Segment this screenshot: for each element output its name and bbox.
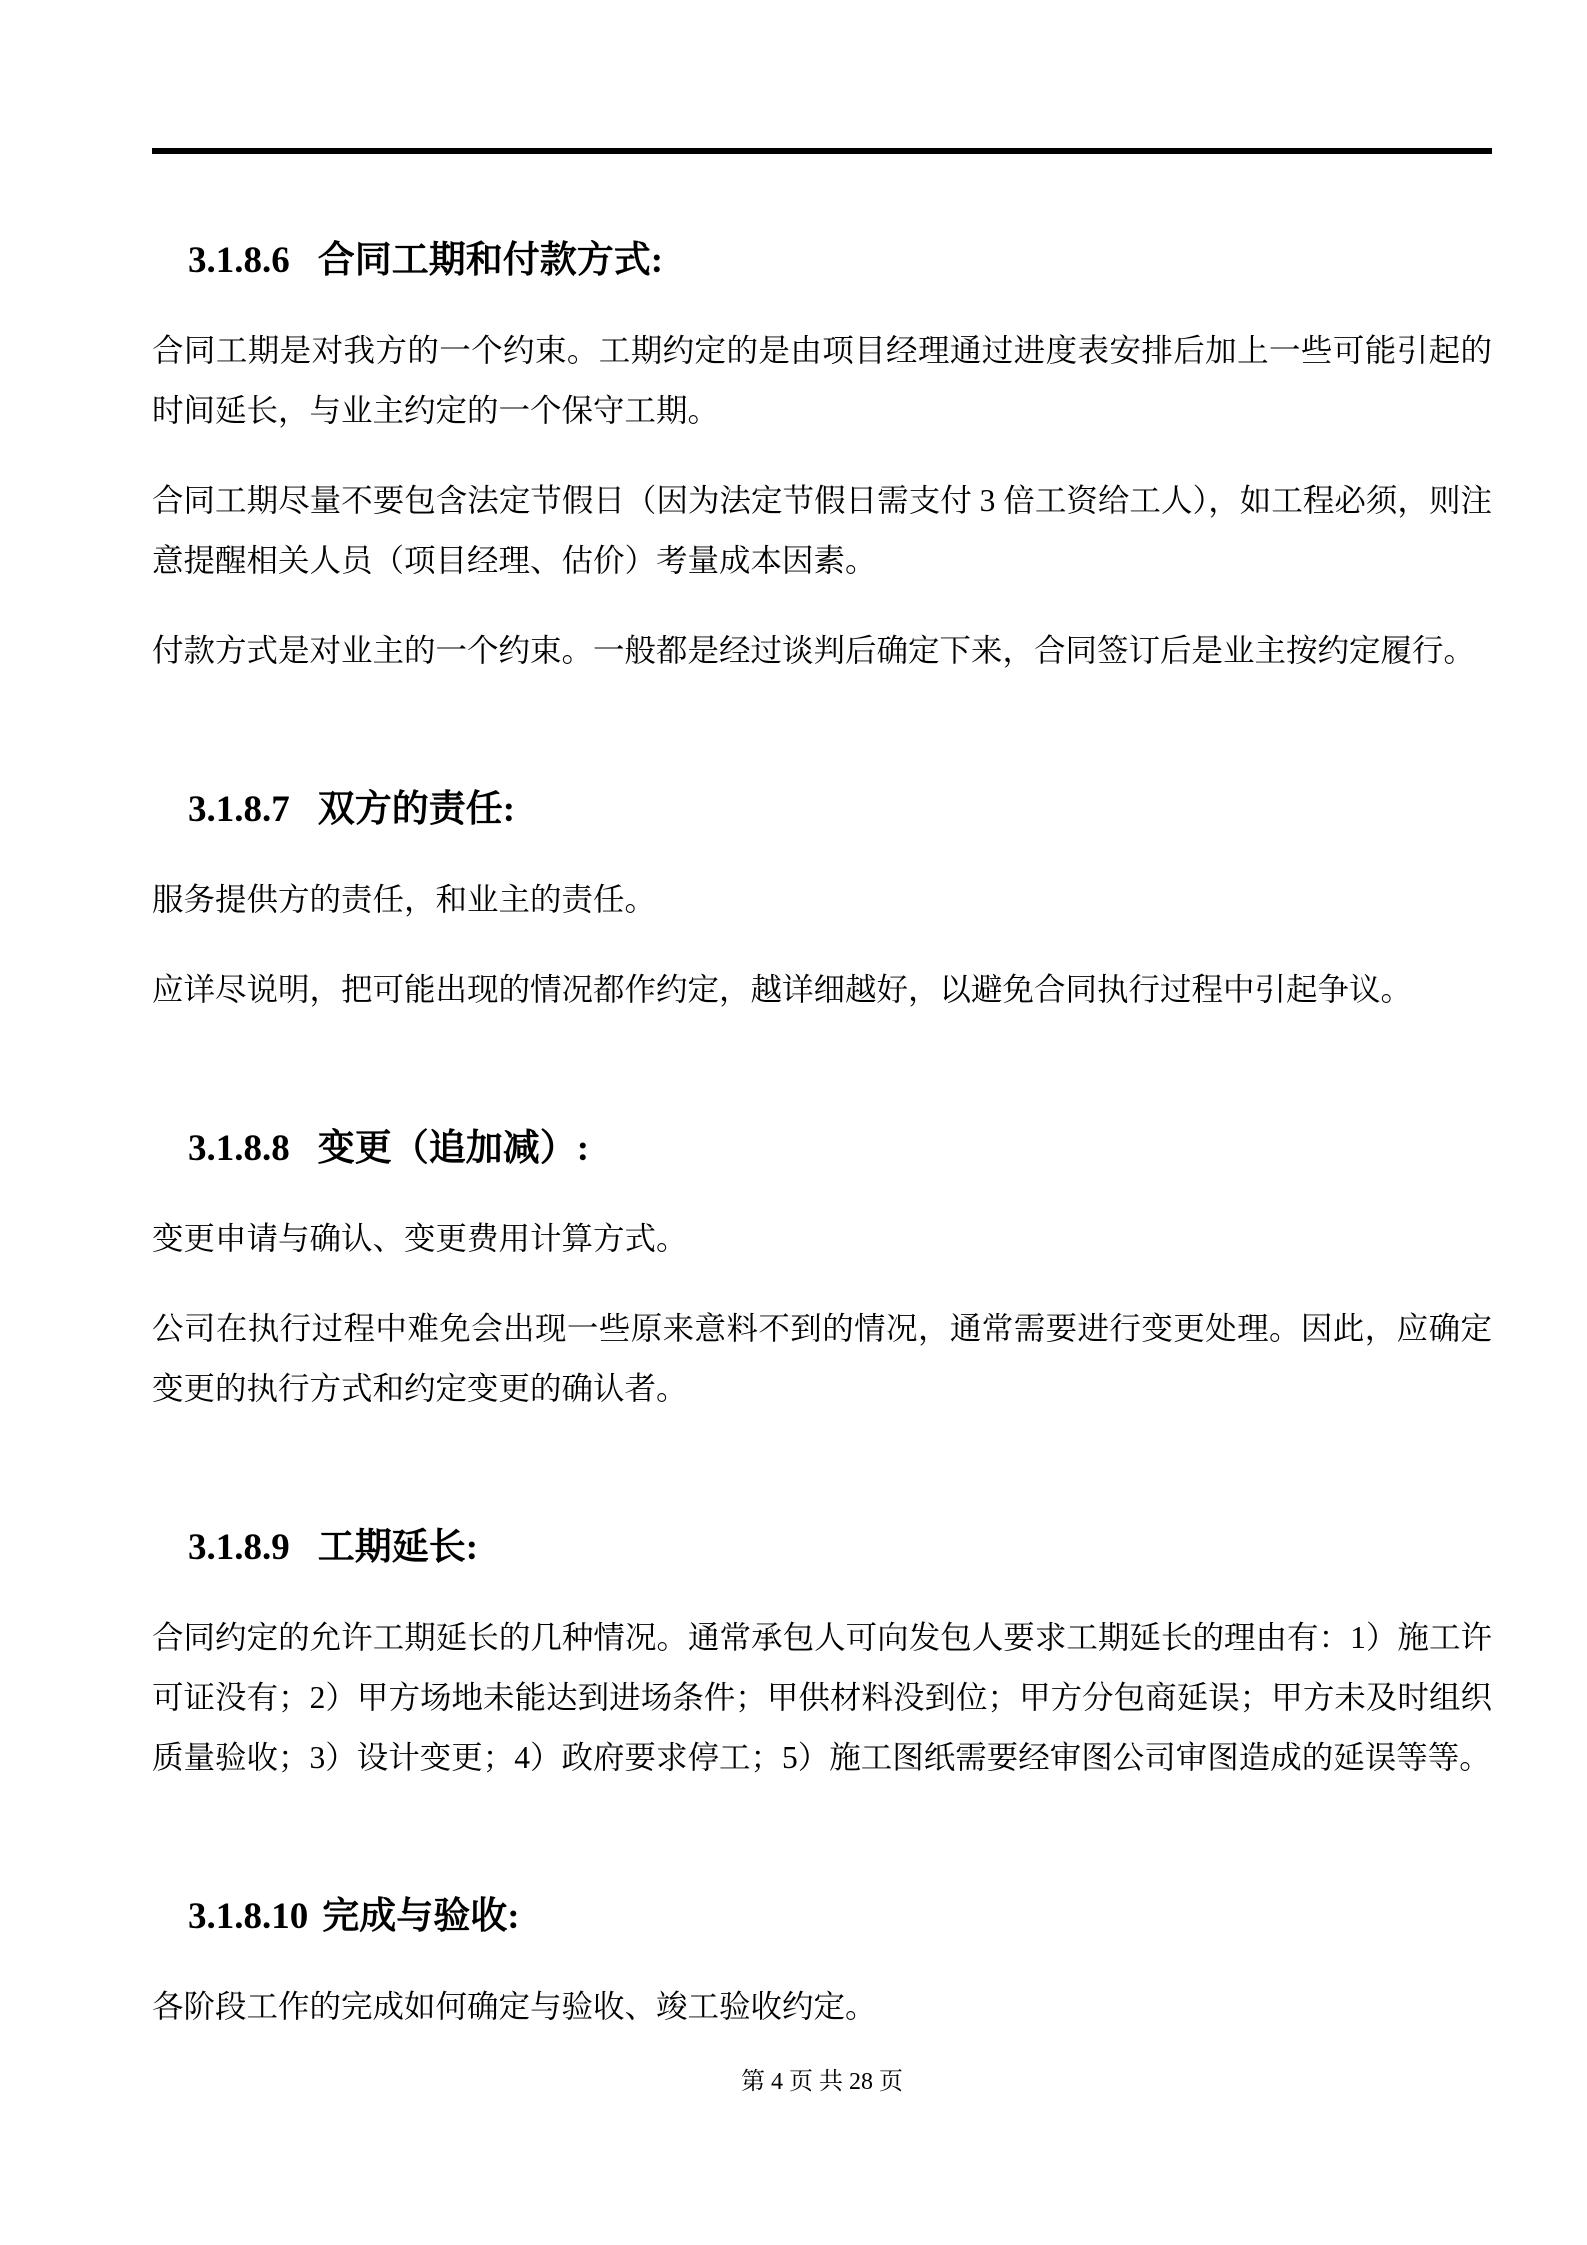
paragraph: 付款方式是对业主的一个约束。一般都是经过谈判后确定下来，合同签订后是业主按约定履… [152, 621, 1492, 681]
section-number: 3.1.8.7 [188, 789, 290, 830]
document-page: 3.1.8.6合同工期和付款方式: 合同工期是对我方的一个约束。工期约定的是由项… [0, 148, 1587, 2097]
section-heading: 3.1.8.10完成与验收: [188, 1894, 1492, 1940]
section-number: 3.1.8.10 [188, 1896, 308, 1937]
section-heading: 3.1.8.9工期延长: [188, 1525, 1492, 1571]
paragraph: 合同约定的允许工期延长的几种情况。通常承包人可向发包人要求工期延长的理由有：1）… [152, 1608, 1492, 1788]
section-title: 双方的责任: [318, 789, 515, 830]
section-heading: 3.1.8.8变更（追加减）: [188, 1126, 1492, 1172]
section-3-1-8-8: 3.1.8.8变更（追加减）: 变更申请与确认、变更费用计算方式。 公司在执行过… [152, 1126, 1492, 1419]
header-rule [152, 148, 1492, 154]
paragraph: 变更申请与确认、变更费用计算方式。 [152, 1209, 1492, 1269]
section-title: 工期延长: [318, 1527, 478, 1568]
section-number: 3.1.8.6 [188, 240, 290, 281]
section-title: 合同工期和付款方式: [318, 240, 663, 281]
paragraph: 公司在执行过程中难免会出现一些原来意料不到的情况，通常需要进行变更处理。因此，应… [152, 1299, 1492, 1419]
section-number: 3.1.8.8 [188, 1128, 290, 1169]
section-3-1-8-6: 3.1.8.6合同工期和付款方式: 合同工期是对我方的一个约束。工期约定的是由项… [152, 238, 1492, 681]
section-title: 完成与验收: [322, 1896, 519, 1937]
section-heading: 3.1.8.7双方的责任: [188, 787, 1492, 833]
section-3-1-8-7: 3.1.8.7双方的责任: 服务提供方的责任，和业主的责任。 应详尽说明，把可能… [152, 787, 1492, 1020]
page-footer: 第 4 页 共 28 页 [152, 2067, 1492, 2097]
paragraph: 合同工期是对我方的一个约束。工期约定的是由项目经理通过进度表安排后加上一些可能引… [152, 321, 1492, 441]
section-number: 3.1.8.9 [188, 1527, 290, 1568]
paragraph: 各阶段工作的完成如何确定与验收、竣工验收约定。 [152, 1977, 1492, 2037]
section-3-1-8-10: 3.1.8.10完成与验收: 各阶段工作的完成如何确定与验收、竣工验收约定。 [152, 1894, 1492, 2037]
paragraph: 应详尽说明，把可能出现的情况都作约定，越详细越好，以避免合同执行过程中引起争议。 [152, 960, 1492, 1020]
section-3-1-8-9: 3.1.8.9工期延长: 合同约定的允许工期延长的几种情况。通常承包人可向发包人… [152, 1525, 1492, 1788]
paragraph: 服务提供方的责任，和业主的责任。 [152, 870, 1492, 930]
section-title: 变更（追加减）: [318, 1128, 589, 1169]
paragraph: 合同工期尽量不要包含法定节假日（因为法定节假日需支付 3 倍工资给工人），如工程… [152, 471, 1492, 591]
page-number-indicator: 第 4 页 共 28 页 [741, 2069, 903, 2095]
section-heading: 3.1.8.6合同工期和付款方式: [188, 238, 1492, 284]
